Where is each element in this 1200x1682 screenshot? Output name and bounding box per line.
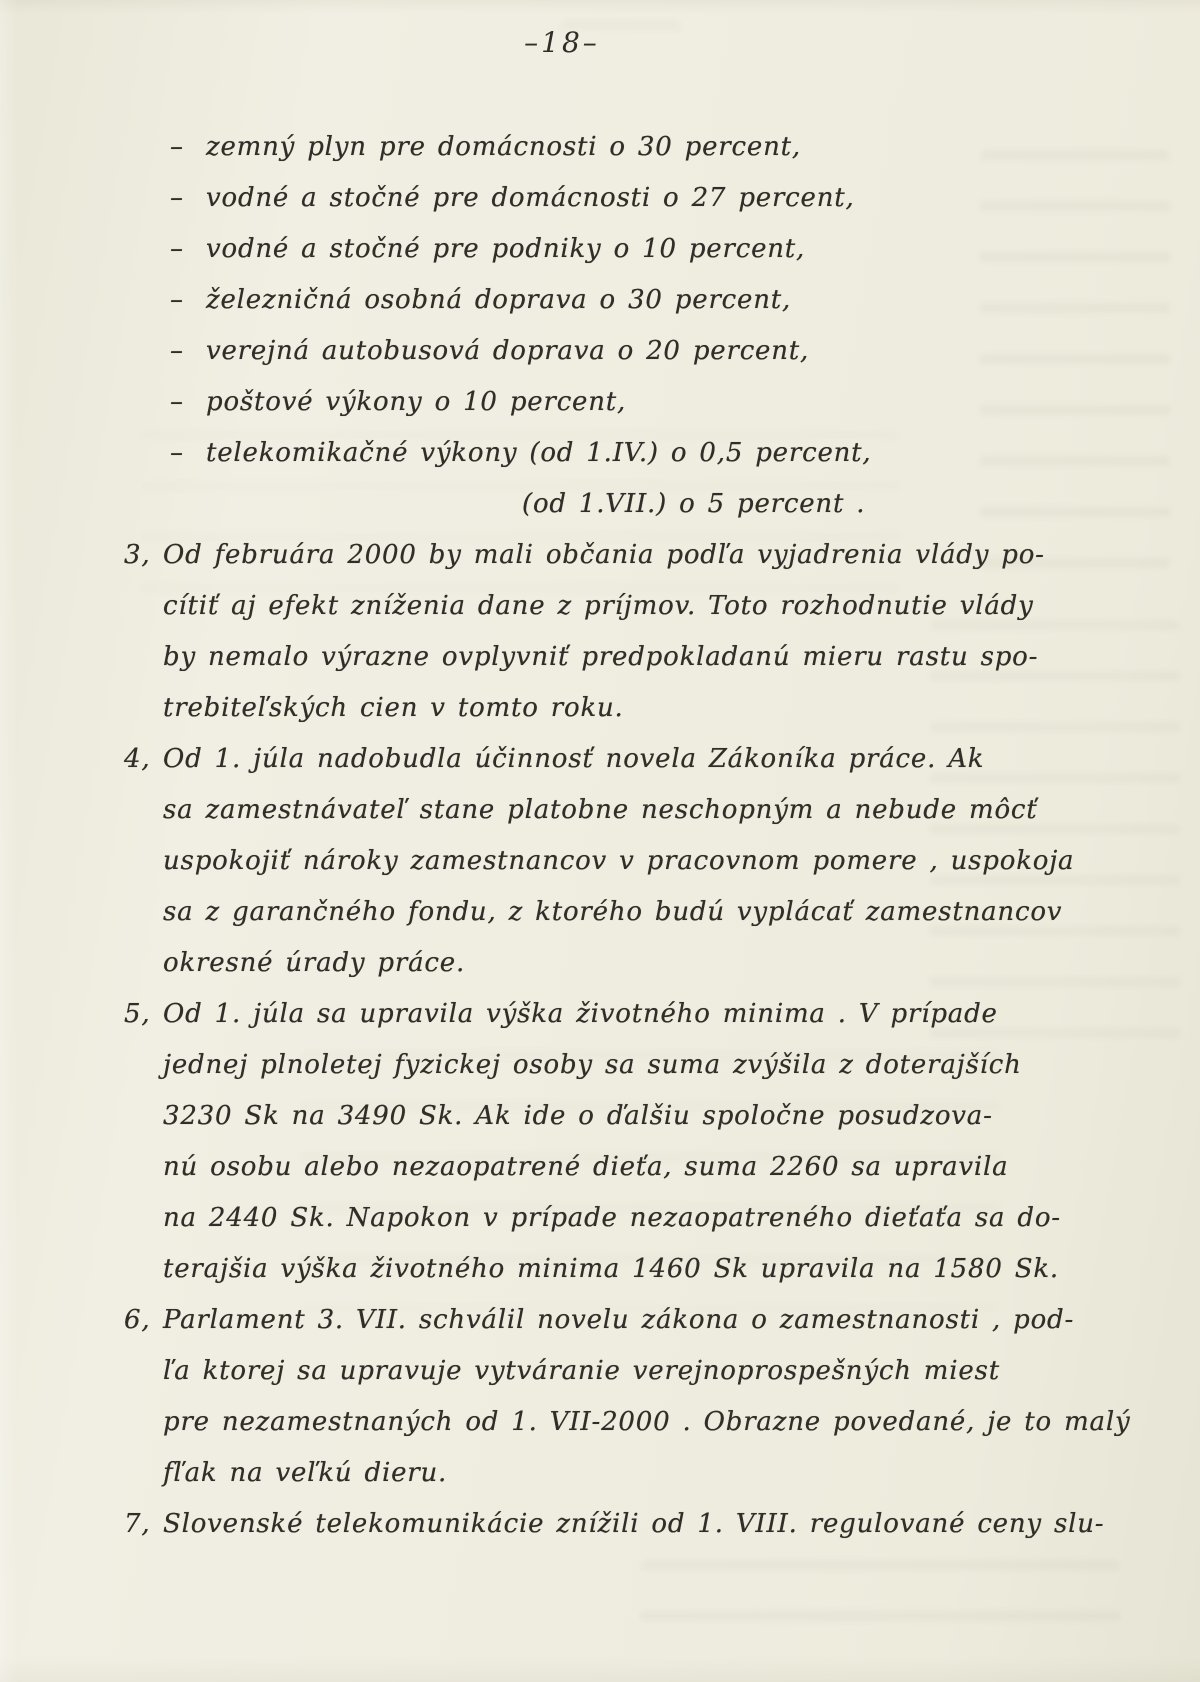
list-item: –poštové výkony o 10 percent,	[0, 377, 1200, 428]
list-item-continuation: (od 1.VII.) o 5 percent .	[0, 479, 1200, 530]
entry-text: sa zamestnávateľ stane platobne neschopn…	[163, 795, 1038, 825]
list-item-text: verejná autobusová doprava o 20 percent,	[206, 336, 809, 366]
handwritten-document-page: –18– –zemný plyn pre domácnosti o 30 per…	[0, 0, 1200, 1682]
price-increase-list: –zemný plyn pre domácnosti o 30 percent,…	[0, 122, 1200, 530]
entry-line: sa zamestnávateľ stane platobne neschopn…	[0, 785, 1200, 836]
entry-line: cítiť aj efekt zníženia dane z príjmov. …	[0, 581, 1200, 632]
entry-text: okresné úrady práce.	[163, 948, 465, 978]
entry-text: Od 1. júla sa upravila výška životného m…	[163, 999, 998, 1029]
entry-line: 6,Parlament 3. VII. schválil novelu záko…	[0, 1295, 1200, 1346]
entry-text: na 2440 Sk. Napokon v prípade nezaopatre…	[163, 1203, 1061, 1233]
dash-bullet: –	[170, 428, 206, 479]
entry-line: by nemalo výrazne ovplyvniť predpokladan…	[0, 632, 1200, 683]
entry-number: 4,	[124, 734, 150, 785]
dash-bullet: –	[170, 122, 206, 173]
entry-text: fľak na veľkú dieru.	[163, 1458, 447, 1488]
numbered-entry-6: 6,Parlament 3. VII. schválil novelu záko…	[0, 1295, 1200, 1499]
document-body: –zemný plyn pre domácnosti o 30 percent,…	[0, 122, 1200, 1550]
list-item-text: vodné a stočné pre domácnosti o 27 perce…	[206, 183, 855, 213]
entry-text: 3230 Sk na 3490 Sk. Ak ide o ďalšiu spol…	[163, 1101, 993, 1131]
list-item: –vodné a stočné pre podniky o 10 percent…	[0, 224, 1200, 275]
entry-text: jednej plnoletej fyzickej osoby sa suma …	[163, 1050, 1022, 1080]
entry-number: 3,	[124, 530, 150, 581]
numbered-entry-4: 4,Od 1. júla nadobudla účinnosť novela Z…	[0, 734, 1200, 989]
dash-bullet: –	[170, 275, 206, 326]
list-item-text: poštové výkony o 10 percent,	[206, 387, 626, 417]
entry-number: 7,	[124, 1499, 150, 1550]
numbered-entry-3: 3,Od februára 2000 by mali občania podľa…	[0, 530, 1200, 734]
entry-text: Od februára 2000 by mali občania podľa v…	[163, 540, 1045, 570]
entry-line: pre nezamestnaných od 1. VII-2000 . Obra…	[0, 1397, 1200, 1448]
list-item: –verejná autobusová doprava o 20 percent…	[0, 326, 1200, 377]
dash-bullet: –	[170, 326, 206, 377]
entry-text: terajšia výška životného minima 1460 Sk …	[163, 1254, 1059, 1284]
entry-line: 7,Slovenské telekomunikácie znížili od 1…	[0, 1499, 1200, 1550]
page-number: –18–	[0, 26, 1200, 59]
list-item: –železničná osobná doprava o 30 percent,	[0, 275, 1200, 326]
entry-number: 6,	[124, 1295, 150, 1346]
entry-text: Od 1. júla nadobudla účinnosť novela Zák…	[163, 744, 984, 774]
entry-text: sa z garančného fondu, z ktorého budú vy…	[163, 897, 1062, 927]
dash-bullet: –	[170, 224, 206, 275]
entry-line: okresné úrady práce.	[0, 938, 1200, 989]
entry-line: fľak na veľkú dieru.	[0, 1448, 1200, 1499]
entry-text: ľa ktorej sa upravuje vytváranie verejno…	[163, 1356, 1000, 1386]
list-item-text: (od 1.VII.) o 5 percent .	[522, 489, 865, 519]
entry-line: uspokojiť nároky zamestnancov v pracovno…	[0, 836, 1200, 887]
list-item: –vodné a stočné pre domácnosti o 27 perc…	[0, 173, 1200, 224]
list-item-text: vodné a stočné pre podniky o 10 percent,	[206, 234, 805, 264]
entry-line: na 2440 Sk. Napokon v prípade nezaopatre…	[0, 1193, 1200, 1244]
entry-line: 3,Od februára 2000 by mali občania podľa…	[0, 530, 1200, 581]
list-item-text: železničná osobná doprava o 30 percent,	[206, 285, 791, 315]
entry-line: jednej plnoletej fyzickej osoby sa suma …	[0, 1040, 1200, 1091]
entry-text: Parlament 3. VII. schválil novelu zákona…	[163, 1305, 1074, 1335]
entry-text: Slovenské telekomunikácie znížili od 1. …	[163, 1509, 1104, 1539]
list-item: –telekomikačné výkony (od 1.IV.) o 0,5 p…	[0, 428, 1200, 479]
page-number-label: –18–	[524, 26, 600, 59]
dash-bullet: –	[170, 173, 206, 224]
entry-text: by nemalo výrazne ovplyvniť predpokladan…	[163, 642, 1038, 672]
entry-line: terajšia výška životného minima 1460 Sk …	[0, 1244, 1200, 1295]
entry-line: 5,Od 1. júla sa upravila výška životného…	[0, 989, 1200, 1040]
entry-line: sa z garančného fondu, z ktorého budú vy…	[0, 887, 1200, 938]
entry-line: 4,Od 1. júla nadobudla účinnosť novela Z…	[0, 734, 1200, 785]
entry-line: trebiteľských cien v tomto roku.	[0, 683, 1200, 734]
entry-text: cítiť aj efekt zníženia dane z príjmov. …	[163, 591, 1034, 621]
entry-text: trebiteľských cien v tomto roku.	[163, 693, 624, 723]
entry-text: pre nezamestnaných od 1. VII-2000 . Obra…	[163, 1407, 1130, 1437]
entry-line: 3230 Sk na 3490 Sk. Ak ide o ďalšiu spol…	[0, 1091, 1200, 1142]
entry-number: 5,	[124, 989, 150, 1040]
numbered-entry-7: 7,Slovenské telekomunikácie znížili od 1…	[0, 1499, 1200, 1550]
list-item-text: zemný plyn pre domácnosti o 30 percent,	[206, 132, 801, 162]
list-item: –zemný plyn pre domácnosti o 30 percent,	[0, 122, 1200, 173]
entry-text: uspokojiť nároky zamestnancov v pracovno…	[163, 846, 1074, 876]
list-item-text: telekomikačné výkony (od 1.IV.) o 0,5 pe…	[206, 438, 872, 468]
dash-bullet: –	[170, 377, 206, 428]
entry-line: ľa ktorej sa upravuje vytváranie verejno…	[0, 1346, 1200, 1397]
entry-line: nú osobu alebo nezaopatrené dieťa, suma …	[0, 1142, 1200, 1193]
entry-text: nú osobu alebo nezaopatrené dieťa, suma …	[163, 1152, 1008, 1182]
numbered-entry-5: 5,Od 1. júla sa upravila výška životného…	[0, 989, 1200, 1295]
ink-bleed-through	[640, 1560, 1120, 1630]
